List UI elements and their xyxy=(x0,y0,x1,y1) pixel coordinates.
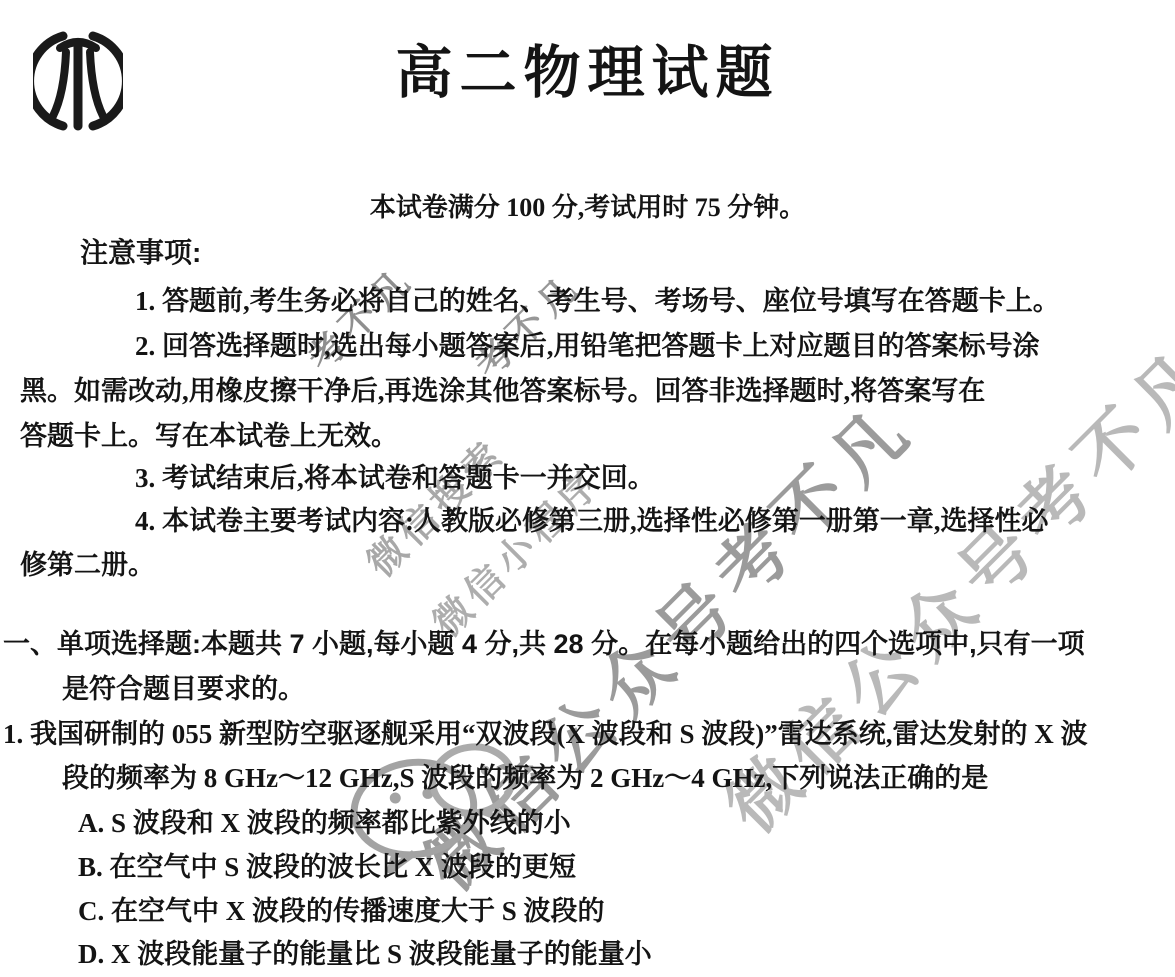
watermark-text: 考不凡 xyxy=(462,259,591,388)
notice-line: 1. 答题前,考生务必将自己的姓名、考生号、考场号、座位号填写在答题卡上。 xyxy=(135,285,1060,317)
notice-line: 4. 本试卷主要考试内容:人教版必修第三册,选择性必修第一册第一章,选择性必 xyxy=(135,505,1049,537)
notice-line: 3. 考试结束后,将本试卷和答题卡一并交回。 xyxy=(135,462,655,494)
exam-paper-page: 考不凡 考不凡 微信搜索 微信小程序 微信公众号考不凡 微信公众号考不凡 高二物… xyxy=(0,0,1175,977)
option-line-a: A. S 波段和 X 波段的频率都比紫外线的小 xyxy=(78,807,571,839)
notice-line: 答题卡上。写在本试卷上无效。 xyxy=(20,420,398,452)
option-line-c: C. 在空气中 X 波段的传播速度大于 S 波段的 xyxy=(78,895,605,927)
section-heading-line: 一、单项选择题:本题共 7 小题,每小题 4 分,共 28 分。在每小题给出的四… xyxy=(3,628,1085,660)
question-stem-line: 段的频率为 8 GHz～12 GHz,S 波段的频率为 2 GHz～4 GHz,… xyxy=(62,762,988,794)
option-line-d: D. X 波段能量子的能量比 S 波段能量子的能量小 xyxy=(78,938,652,970)
notice-line: 黑。如需改动,用橡皮擦干净后,再选涂其他答案标号。回答非选择题时,将答案写在 xyxy=(20,375,985,407)
section-heading-line: 是符合题目要求的。 xyxy=(62,673,305,705)
question-stem-line: 1. 我国研制的 055 新型防空驱逐舰采用“双波段(X 波段和 S 波段)”雷… xyxy=(3,718,1088,750)
notice-line: 修第二册。 xyxy=(20,549,155,581)
notice-heading: 注意事项: xyxy=(80,236,201,270)
option-line-b: B. 在空气中 S 波段的波长比 X 波段的更短 xyxy=(78,851,576,883)
page-title: 高二物理试题 xyxy=(0,40,1175,108)
exam-info-line: 本试卷满分 100 分,考试用时 75 分钟。 xyxy=(0,192,1175,223)
notice-line: 2. 回答选择题时,选出每小题答案后,用铅笔把答题卡上对应题目的答案标号涂 xyxy=(135,330,1040,362)
